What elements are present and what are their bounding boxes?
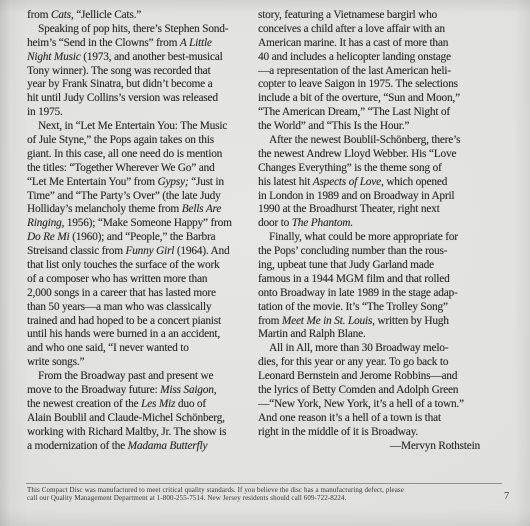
- text-line: year by Frank Sinatra, but didn’t become…: [27, 78, 253, 92]
- text-line: Time” and “The Party’s Over” (the late J…: [27, 190, 253, 204]
- text-line: until his hands were burned in a an acci…: [27, 328, 253, 342]
- text-line: ing, upbeat tune that Judy Garland made: [258, 259, 488, 273]
- text-line: 2,000 songs in a career that has lasted …: [27, 287, 253, 301]
- text-line: Ringing, 1956); “Make Someone Happy” fro…: [27, 217, 253, 231]
- text-line: a modernization of the Madama Butterfly: [27, 440, 253, 454]
- text-line: Alain Boublil and Claude-Michel Schönber…: [27, 412, 253, 426]
- text-line: After the newest Boublil-Schönberg, ther…: [258, 134, 488, 148]
- text-line: and who one said, “I never wanted to: [27, 342, 253, 356]
- text-line: Finally, what could be more appropriate …: [258, 231, 488, 245]
- text-line: Do Re Mi (1960); and “People,” the Barbr…: [27, 231, 253, 245]
- text-line: the World” and “This Is the Hour.”: [258, 120, 488, 134]
- text-line: in 1975.: [27, 106, 253, 120]
- text-line: the titles: “Together Wherever We Go” an…: [27, 162, 253, 176]
- text-line: 1990 at the Broadhurst Theater, right ne…: [258, 203, 488, 217]
- text-line: right in the middle of it is Broadway.: [258, 426, 488, 440]
- text-line: onto Broadway in late 1989 in the stage …: [258, 287, 488, 301]
- text-line: of a composer who has written more than: [27, 273, 253, 287]
- text-column-left: from Cats, “Jellicle Cats.”Speaking of p…: [27, 9, 253, 454]
- text-line: —Mervyn Rothstein: [258, 440, 488, 454]
- text-line: include a bit of the overture, “Sun and …: [258, 92, 488, 106]
- text-line: Night Music (1973, and another best-musi…: [27, 51, 253, 65]
- text-line: in London in 1989 and on Broadway in Apr…: [258, 190, 488, 204]
- text-line: from Cats, “Jellicle Cats.”: [27, 9, 253, 23]
- text-line: write songs.”: [27, 356, 253, 370]
- page-number: 7: [504, 491, 509, 502]
- text-line: than 50 years—a man who was classically: [27, 301, 253, 315]
- text-line: the newest Andrew Lloyd Webber. His “Lov…: [258, 148, 488, 162]
- text-line: that list only touches the surface of th…: [27, 259, 253, 273]
- text-line: —a representation of the last American h…: [258, 65, 488, 79]
- text-line: And one reason it’s a hell of a town is …: [258, 412, 488, 426]
- text-line: Changes Everything” is the theme song of: [258, 162, 488, 176]
- text-line: Speaking of pop hits, there’s Stephen So…: [27, 23, 253, 37]
- text-line: hit until Judy Collins’s version was rel…: [27, 92, 253, 106]
- footer-notice: This Compact Disc was manufactured to me…: [27, 487, 404, 503]
- text-line: tation of the movie. It’s “The Trolley S…: [258, 301, 488, 315]
- text-line: door to The Phantom.: [258, 217, 488, 231]
- cd-booklet-page: from Cats, “Jellicle Cats.”Speaking of p…: [0, 0, 530, 526]
- text-line: the Pops’ concluding number than the rou…: [258, 245, 488, 259]
- text-line: dies, for this year or any year. To go b…: [258, 356, 488, 370]
- text-line: American marine. It has a cast of more t…: [258, 37, 488, 51]
- text-line: Next, in “Let Me Entertain You: The Musi…: [27, 120, 253, 134]
- text-line: —“New York, New York, it’s a hell of a t…: [258, 398, 488, 412]
- text-line: copter to leave Saigon in 1975. The sele…: [258, 78, 488, 92]
- text-line: Tony winner). The song was recorded that: [27, 65, 253, 79]
- text-line: trained and had hoped to be a concert pi…: [27, 315, 253, 329]
- text-line: of Jule Styne,” the Pops again takes on …: [27, 134, 253, 148]
- text-line: his latest hit Aspects of Love, which op…: [258, 176, 488, 190]
- text-line: conceives a child after a love affair wi…: [258, 23, 488, 37]
- text-line: Holliday’s melancholy theme from Bells A…: [27, 203, 253, 217]
- text-line: from Meet Me in St. Louis, written by Hu…: [258, 315, 488, 329]
- text-line: the newest creation of the Les Miz duo o…: [27, 398, 253, 412]
- text-line: working with Richard Maltby, Jr. The sho…: [27, 426, 253, 440]
- text-line: Martin and Ralph Blane.: [258, 328, 488, 342]
- text-line: story, featuring a Vietnamese bargirl wh…: [258, 9, 488, 23]
- text-line: heim’s “Send in the Clowns” from A Littl…: [27, 37, 253, 51]
- text-line: move to the Broadway future: Miss Saigon…: [27, 384, 253, 398]
- footer-notice-line2: call our Quality Management Department a…: [27, 495, 404, 503]
- text-line: From the Broadway past and present we: [27, 370, 253, 384]
- text-line: “The American Dream,” “The Last Night of: [258, 106, 488, 120]
- footer-divider: [26, 483, 502, 484]
- text-line: “Let Me Entertain You” from Gypsy; “Just…: [27, 176, 253, 190]
- text-line: Streisand classic from Funny Girl (1964)…: [27, 245, 253, 259]
- text-line: the lyrics of Betty Comden and Adolph Gr…: [258, 384, 488, 398]
- text-column-right: story, featuring a Vietnamese bargirl wh…: [258, 9, 488, 454]
- text-line: giant. In this case, all one need do is …: [27, 148, 253, 162]
- text-line: famous in a 1944 MGM film and that rolle…: [258, 273, 488, 287]
- text-line: Leonard Bernstein and Jerome Robbins—and: [258, 370, 488, 384]
- text-line: All in All, more than 30 Broadway melo-: [258, 342, 488, 356]
- text-line: 40 and includes a helicopter landing ons…: [258, 51, 488, 65]
